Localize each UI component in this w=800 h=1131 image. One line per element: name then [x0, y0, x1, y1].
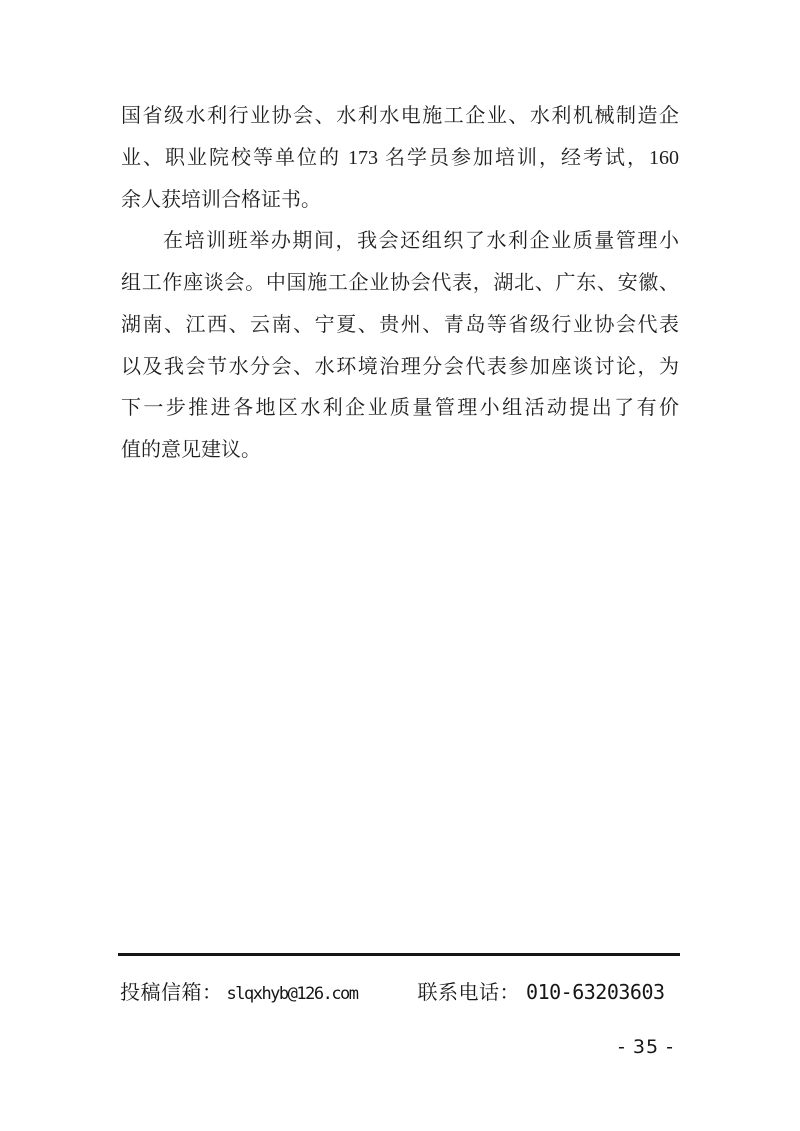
phone-group: 联系电话：010-63203603: [418, 976, 665, 1005]
phone-label: 联系电话：: [418, 982, 521, 1004]
text-line: 以及我会节水分会、水环境治理分会代表参加座谈讨论，为: [121, 347, 679, 389]
text-line: 在培训班举办期间，我会还组织了水利企业质量管理小: [121, 221, 679, 263]
email-address: slqxhyb@126.com: [227, 984, 358, 1004]
page-number: - 35 -: [618, 1036, 674, 1058]
text-line: 值的意见建议。: [121, 430, 679, 472]
text-line: 组工作座谈会。中国施工企业协会代表，湖北、广东、安徽、: [121, 263, 679, 305]
footer-divider: [118, 953, 680, 956]
text-line: 湖南、江西、云南、宁夏、贵州、青岛等省级行业协会代表: [121, 305, 679, 347]
text-line: 国省级水利行业协会、水利水电施工企业、水利机械制造企: [121, 96, 679, 138]
body-text: 国省级水利行业协会、水利水电施工企业、水利机械制造企业、职业院校等单位的 173…: [121, 96, 679, 472]
footer: 投稿信箱：slqxhyb@126.com 联系电话：010-63203603: [120, 976, 680, 1005]
text-line: 业、职业院校等单位的 173 名学员参加培训，经考试，160: [121, 138, 679, 180]
document-page: 国省级水利行业协会、水利水电施工企业、水利机械制造企业、职业院校等单位的 173…: [0, 0, 800, 1131]
text-line: 下一步推进各地区水利企业质量管理小组活动提出了有价: [121, 388, 679, 430]
text-line: 余人获培训合格证书。: [121, 180, 679, 222]
email-group: 投稿信箱：slqxhyb@126.com: [120, 976, 358, 1005]
phone-number: 010-63203603: [526, 980, 665, 1004]
email-label: 投稿信箱：: [120, 982, 223, 1004]
